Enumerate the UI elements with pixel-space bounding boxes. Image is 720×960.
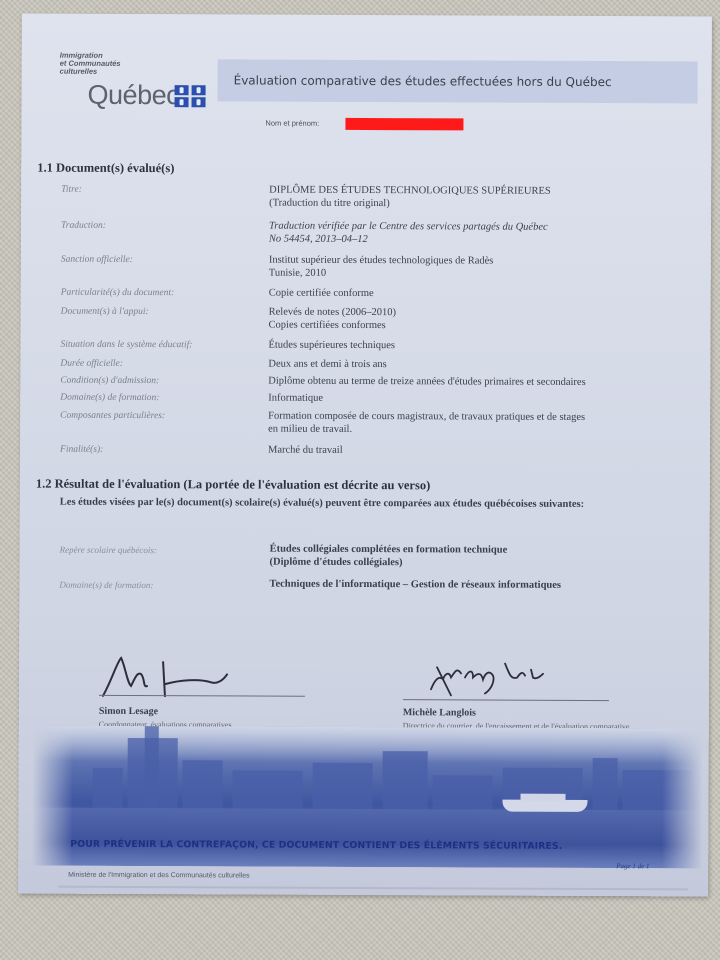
row-value-line: No 54454, 2013–04–12 (269, 233, 669, 247)
row-value-line: Techniques de l'informatique – Gestion d… (269, 578, 669, 593)
documents-list: Titre:DIPLÔME DES ÉTUDES TECHNOLOGIQUES … (22, 13, 712, 16)
name-redaction (345, 118, 463, 131)
header-band: Évaluation comparative des études effect… (218, 59, 698, 103)
row-value: DIPLÔME DES ÉTUDES TECHNOLOGIQUES SUPÉRI… (269, 185, 669, 212)
row-value: Études supérieures techniques (268, 340, 668, 354)
row-label: Traduction: (61, 220, 106, 233)
security-notice: POUR PRÉVENIR LA CONTREFAÇON, CE DOCUMEN… (70, 839, 562, 852)
quebec-wordmark: Québec (87, 80, 179, 111)
document-row: Durée officielle:Deux ans et demi à troi… (60, 358, 680, 361)
row-value-line: DIPLÔME DES ÉTUDES TECHNOLOGIQUES SUPÉRI… (269, 185, 669, 199)
ministry-logo: Immigration et Communautés culturelles Q… (60, 52, 121, 76)
row-value-line: Copies certifiées conformes (269, 319, 669, 333)
row-label: Particularité(s) du document: (61, 287, 175, 300)
document-row: Document(s) à l'appui:Relevés de notes (… (61, 306, 681, 309)
document-row: Sanction officielle:Institut supérieur d… (61, 254, 681, 257)
result-row: Repère scolaire québécois:Études collégi… (60, 542, 680, 545)
row-value: Relevés de notes (2006–2010)Copies certi… (269, 307, 669, 334)
signature-line-right (403, 699, 609, 701)
result-row: Domaine(s) de formation:Techniques de l'… (59, 577, 679, 580)
ship-image (502, 800, 587, 812)
row-label: Repère scolaire québécois: (60, 544, 157, 557)
row-label: Sanction officielle: (61, 254, 133, 267)
document-row: Finalité(s):Marché du travail (60, 444, 680, 447)
row-value: Traduction vérifiée par le Centre des se… (269, 221, 669, 248)
row-value: Institut supérieur des études technologi… (269, 255, 669, 282)
signer-left-name: Simon Lesage (99, 706, 158, 717)
row-label: Domaine(s) de formation: (60, 392, 159, 405)
row-value-line: Tunisie, 2010 (269, 267, 669, 281)
result-intro: Les études visées par le(s) document(s) … (60, 496, 640, 512)
row-label: Titre: (61, 184, 82, 197)
row-value: Études collégiales complétées en formati… (270, 543, 670, 571)
row-value-line: (Traduction du titre original) (269, 197, 669, 211)
section-result-title: 1.2 Résultat de l'évaluation (La portée … (36, 477, 430, 494)
row-value-line: (Diplôme d'études collégiales) (270, 556, 670, 571)
row-value: Informatique (268, 393, 668, 407)
row-label: Domaine(s) de formation: (59, 579, 153, 592)
footer-ministry: Ministère de l'Immigration et des Commun… (68, 872, 249, 880)
row-value: Deux ans et demi à trois ans (268, 359, 668, 373)
row-value: Copie certifiée conforme (269, 288, 669, 302)
name-field: Nom et prénom: (265, 119, 319, 128)
document-row: Composantes particulières:Formation comp… (60, 410, 680, 413)
footer-divider (58, 886, 688, 891)
quebec-flag-icon (175, 85, 207, 107)
document-row: Particularité(s) du document:Copie certi… (61, 287, 681, 290)
name-label: Nom et prénom: (265, 119, 319, 128)
row-value-line: en milieu de travail. (268, 423, 668, 437)
row-label: Situation dans le système éducatif: (60, 339, 192, 352)
row-label: Composantes particulières: (60, 410, 165, 423)
row-value-line: Diplôme obtenu au terme de treize années… (268, 376, 668, 390)
row-value: Formation composée de cours magistraux, … (268, 411, 668, 438)
document-row: Titre:DIPLÔME DES ÉTUDES TECHNOLOGIQUES … (61, 184, 681, 187)
document-title: Évaluation comparative des études effect… (234, 73, 612, 89)
document-row: Domaine(s) de formation:Informatique (60, 392, 680, 395)
row-value-line: Formation composée de cours magistraux, … (268, 411, 668, 425)
signature-langlois (419, 649, 549, 700)
row-label: Document(s) à l'appui: (61, 306, 149, 319)
row-label: Finalité(s): (60, 444, 103, 457)
ministry-line: culturelles (60, 68, 121, 76)
row-value: Diplôme obtenu au terme de treize années… (268, 376, 668, 390)
page-number: Page 1 de 1 (616, 862, 649, 870)
document-row: Traduction:Traduction vérifiée par le Ce… (61, 220, 681, 223)
row-value-line: Relevés de notes (2006–2010) (269, 307, 669, 321)
row-value-line: Deux ans et demi à trois ans (268, 359, 668, 373)
document-row: Situation dans le système éducatif:Étude… (61, 339, 681, 342)
row-value: Techniques de l'informatique – Gestion d… (269, 578, 669, 593)
document-row: Condition(s) d'admission:Diplôme obtenu … (60, 375, 680, 378)
ministry-name: Immigration et Communautés culturelles (60, 52, 121, 76)
row-value-line: Copie certifiée conforme (269, 288, 669, 302)
signer-right-name: Michèle Langlois (403, 707, 476, 718)
section-documents-title: 1.1 Document(s) évalué(s) (37, 161, 174, 177)
row-value-line: Études supérieures techniques (268, 340, 668, 354)
evaluation-document: Immigration et Communautés culturelles Q… (18, 13, 712, 896)
row-label: Durée officielle: (60, 358, 123, 371)
row-value-line: Institut supérieur des études technologi… (269, 255, 669, 269)
row-value-line: Traduction vérifiée par le Centre des se… (269, 221, 669, 235)
row-value-line: Informatique (268, 393, 668, 407)
row-value-line: Marché du travail (268, 445, 668, 459)
row-value: Marché du travail (268, 445, 668, 459)
result-list: Repère scolaire québécois:Études collégi… (22, 13, 712, 16)
row-label: Condition(s) d'admission: (60, 375, 159, 388)
